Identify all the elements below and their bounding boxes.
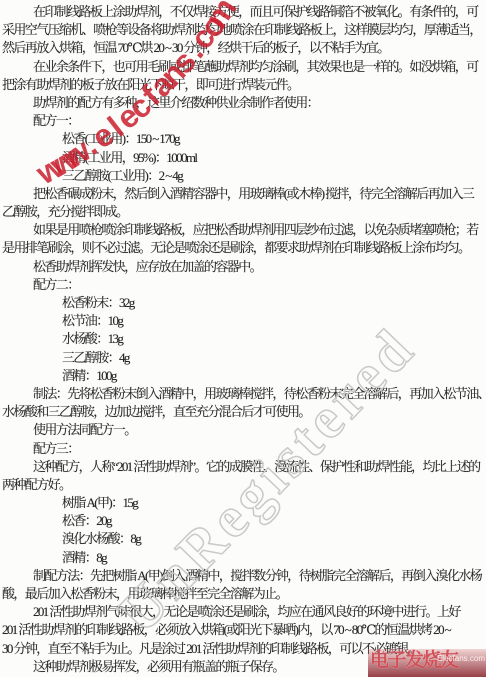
text-line: 水杨酸：13g bbox=[0, 330, 486, 348]
text-line: 三乙醇胺(工业用)：2 ~ 4g bbox=[0, 167, 486, 185]
text-line: 是用排笔刷涂，则不必过滤。无论是喷涂还是刷涂，都要求助焊剂在印制线路板上涂布均匀… bbox=[0, 239, 486, 257]
text-line: 树脂 A(甲)：15g bbox=[0, 494, 486, 512]
text-line: 这种配方，人称“201 活性助焊剂”。它的成膜性、漫流性、保护性和助焊性能，均比… bbox=[0, 458, 486, 476]
text-line: 溴化水杨酸：8g bbox=[0, 530, 486, 548]
text-line: 201 活性助焊剂的印制线路板，必须放入烘箱(或阳光下暴晒)内，以 70 ~ 8… bbox=[0, 621, 486, 639]
text-line: 201 活性助焊剂气味很大，无论是喷涂还是刷涂，均应在通风良好的环境中进行。上好 bbox=[0, 603, 486, 621]
text-line: 如果是用喷枪喷涂印制线路板，应把松香助焊剂用四层纱布过滤，以免杂质堵塞喷枪；若 bbox=[0, 221, 486, 239]
text-line: 酒精：100g bbox=[0, 367, 486, 385]
text-line: 酸，最后加入松香粉末，用玻璃棒搅拌至完全溶解为止。 bbox=[0, 585, 486, 603]
text-line: 松香助焊剂挥发快，应存放在加盖的容器中。 bbox=[0, 258, 486, 276]
text-line: 松节油：10g bbox=[0, 312, 486, 330]
text-line: 酒精：8g bbox=[0, 549, 486, 567]
text-line: 使用方法同配方一。 bbox=[0, 421, 486, 439]
text-line: 三乙醇胺：4g bbox=[0, 349, 486, 367]
text-line: 助焊剂的配方有多种，这里介绍数种供业余制作者使用： bbox=[0, 94, 486, 112]
text-line: 配方二： bbox=[0, 276, 486, 294]
text-line: 配方一： bbox=[0, 112, 486, 130]
elecfans-logo-en: Elecfans.com bbox=[437, 654, 485, 663]
scanned-page: 在印制线路板上涂助焊剂，不仅焊接方便，而且可保护线路铜箔不被氧化。有条件的，可采… bbox=[0, 0, 486, 677]
text-line: 配方三： bbox=[0, 440, 486, 458]
text-line: 酒精(工业用，95%)：1000ml bbox=[0, 149, 486, 167]
text-line: 把松香碾成粉末，然后倒入酒精容器中，用玻璃棒(或木棒) 搅拌，待完全溶解后再加入… bbox=[0, 185, 486, 203]
text-line: 乙醇胺，充分搅拌即成。 bbox=[0, 203, 486, 221]
document-text: 在印制线路板上涂助焊剂，不仅焊接方便，而且可保护线路铜箔不被氧化。有条件的，可采… bbox=[0, 0, 486, 677]
text-line: 在业余条件下，也可用毛刷或排笔蘸助焊剂均匀涂刷，其效果也是一样的。如没烘箱，可 bbox=[0, 58, 486, 76]
text-line: 制配方法：先把树脂 A(甲)倒入酒精中，搅拌数分钟，待树脂完全溶解后，再倒入溴化… bbox=[0, 567, 486, 585]
text-line: 然后再放入烘箱，恒温 70℃烘 20 ~ 30 分钟，经烘干后的板子，以不粘手为… bbox=[0, 39, 486, 57]
text-line: 松香：20g bbox=[0, 512, 486, 530]
text-line: 松香(工业用)：150 ~ 170g bbox=[0, 130, 486, 148]
text-line: 水杨酸和三乙醇胺，边加边搅拌，直至充分混合后才可使用。 bbox=[0, 403, 486, 421]
text-line: 两种配方好。 bbox=[0, 476, 486, 494]
text-line: 把涂有助焊剂的板子放在阳光下晾干，即可进行焊装元件。 bbox=[0, 76, 486, 94]
text-line: 在印制线路板上涂助焊剂，不仅焊接方便，而且可保护线路铜箔不被氧化。有条件的，可 bbox=[0, 3, 486, 21]
text-line: 松香粉末：32g bbox=[0, 294, 486, 312]
elecfans-logo: 电子发烧友 Elecfans.com bbox=[368, 649, 486, 677]
text-line: 采用空气压缩机、喷枪等设备将助焊剂均匀地喷涂在印制线路板上，这样膜层均匀，厚薄适… bbox=[0, 21, 486, 39]
text-line: 制法：先将松香粉末倒入酒精中，用玻璃棒搅拌，待松香粉末完全溶解后，再加入松节油、 bbox=[0, 385, 486, 403]
